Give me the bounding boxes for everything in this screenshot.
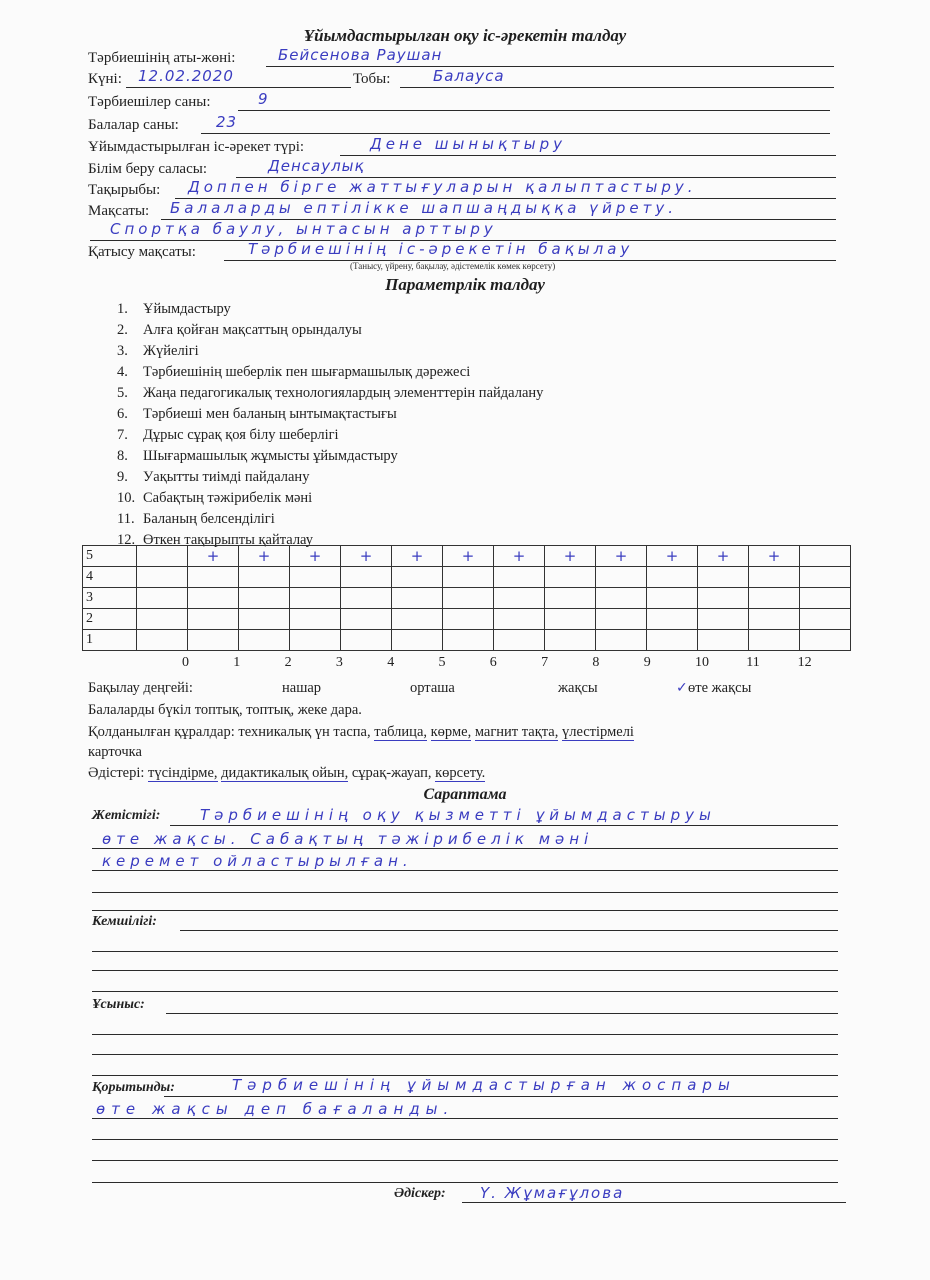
grid-cell[interactable] <box>494 567 545 588</box>
tools-line2: карточка <box>88 744 142 761</box>
grid-cell[interactable] <box>392 609 443 630</box>
grid-row-label: 1 <box>83 630 137 651</box>
grid-cell[interactable] <box>137 567 188 588</box>
x-tick-label: 9 <box>644 655 651 671</box>
parameter-number: 4. <box>117 362 143 383</box>
grid-cell[interactable] <box>800 588 851 609</box>
tools-label: Қолданылған құралдар: <box>88 724 235 740</box>
grid-row: 5++++++++++++ <box>83 546 851 567</box>
grid-cell[interactable] <box>188 567 239 588</box>
control-level-label: Бақылау деңгейі: <box>88 680 193 697</box>
grid-cell[interactable] <box>137 588 188 609</box>
grid-cell[interactable]: + <box>596 546 647 567</box>
grid-cell[interactable]: + <box>749 546 800 567</box>
control-level-option-poor[interactable]: нашар <box>282 680 321 697</box>
shortcomings-line[interactable] <box>180 930 838 931</box>
methods-label: Әдістері: <box>88 765 144 781</box>
grid-cell[interactable] <box>290 630 341 651</box>
parameter-number: 8. <box>117 446 143 467</box>
grid-cell[interactable] <box>239 567 290 588</box>
x-tick-label: 10 <box>695 655 709 671</box>
grid-cell[interactable] <box>647 588 698 609</box>
grid-cell[interactable] <box>239 609 290 630</box>
grid-row-label: 2 <box>83 609 137 630</box>
parameter-item: 3.Жүйелігі <box>117 341 543 362</box>
grid-cell[interactable] <box>188 588 239 609</box>
x-tick-label: 11 <box>746 655 759 671</box>
children-count-label: Балалар саны: <box>88 115 179 135</box>
grid-cell[interactable] <box>443 588 494 609</box>
methodist-label: Әдіскер: <box>394 1186 446 1202</box>
activity-type-label: Ұйымдастырылған іс-әрекет түрі: <box>88 137 304 157</box>
parameter-text: Жаңа педагогикалық технологиялардың элем… <box>143 385 543 401</box>
grid-cell[interactable]: + <box>392 546 443 567</box>
score-mark-icon: + <box>698 546 748 566</box>
parameter-item: 2.Алға қойған мақсаттың орындалуы <box>117 320 543 341</box>
param-heading: Параметрлік талдау <box>0 275 930 295</box>
parameter-number: 3. <box>117 341 143 362</box>
grid-cell[interactable] <box>749 630 800 651</box>
score-mark-icon: + <box>545 546 595 566</box>
activity-type-value[interactable]: Дене шынықтыру <box>370 135 566 153</box>
parameter-number: 6. <box>117 404 143 425</box>
review-heading: Сараптама <box>0 786 930 804</box>
score-mark-icon: + <box>443 546 493 566</box>
children-count-field[interactable]: Балалар саны: 23 <box>88 115 838 135</box>
control-level-option-good[interactable]: жақсы <box>558 680 598 697</box>
parameter-number: 10. <box>117 488 143 509</box>
grid-cell[interactable] <box>494 609 545 630</box>
grid-cell[interactable]: + <box>443 546 494 567</box>
activity-type-field[interactable]: Ұйымдастырылған іс-әрекет түрі: Дене шын… <box>88 137 838 157</box>
goal-field[interactable]: Мақсаты: Балаларды ептілікке шапшаңдыққа… <box>88 201 838 221</box>
score-mark-icon: + <box>188 546 238 566</box>
goal-label: Мақсаты: <box>88 201 149 221</box>
parameter-text: Алға қойған мақсаттың орындалуы <box>143 322 362 338</box>
achievements-line1[interactable]: Тәрбиешінің оқу қызметті ұйымдастыруы <box>200 806 716 824</box>
grid-cell[interactable] <box>443 567 494 588</box>
form-title: Ұйымдастырылған оқу іс-әрекетін талдау <box>0 26 930 46</box>
achievements-label: Жетістігі: <box>92 808 160 824</box>
date-label: Күні: <box>88 69 122 89</box>
parameter-text: Тәрбиеші мен баланың ынтымақтастығы <box>143 406 397 422</box>
grid-cell[interactable] <box>545 567 596 588</box>
parameter-item: 5.Жаңа педагогикалық технологиялардың эл… <box>117 383 543 404</box>
children-organization: Балаларды бүкіл топтық, топтық, жеке дар… <box>88 702 362 719</box>
x-tick-label: 7 <box>541 655 548 671</box>
grid-cell[interactable] <box>443 609 494 630</box>
education-area-label: Білім беру саласы: <box>88 159 207 179</box>
grid-cell[interactable] <box>137 630 188 651</box>
date-value[interactable]: 12.02.2020 <box>138 67 234 85</box>
grid-cell[interactable] <box>647 567 698 588</box>
grid-row-label: 5 <box>83 546 137 567</box>
group-label: Тобы: <box>353 69 390 89</box>
x-tick-label: 8 <box>592 655 599 671</box>
parameter-item: 11.Баланың белсенділігі <box>117 509 543 530</box>
grid-row: 1 <box>83 630 851 651</box>
x-tick-label: 6 <box>490 655 497 671</box>
grid-cell[interactable] <box>545 609 596 630</box>
group-value[interactable]: Балауса <box>433 67 505 85</box>
grid-row-label: 4 <box>83 567 137 588</box>
score-mark-icon: + <box>596 546 646 566</box>
score-mark-icon: + <box>341 546 391 566</box>
children-count-value[interactable]: 23 <box>216 113 237 131</box>
methodist-signature[interactable]: Ү. Жұмағұлова <box>480 1184 624 1202</box>
grid-row: 2 <box>83 609 851 630</box>
grid-cell[interactable] <box>239 630 290 651</box>
grid-cell[interactable] <box>341 567 392 588</box>
tool-item: көрме, <box>431 724 472 741</box>
grid-cell[interactable] <box>137 546 188 567</box>
x-tick-label: 4 <box>387 655 394 671</box>
x-tick-label: 2 <box>285 655 292 671</box>
parameter-item: 10.Сабақтың тәжірибелік мәні <box>117 488 543 509</box>
goal-field-line2[interactable]: Спортқа баулу, ынтасын арттыру <box>88 222 838 242</box>
parameter-number: 5. <box>117 383 143 404</box>
tools-row: Қолданылған құралдар: техникалық үн тасп… <box>88 724 634 741</box>
grid-cell[interactable] <box>188 630 239 651</box>
suggestion-label: Ұсыныс: <box>92 997 145 1013</box>
teacher-name-label: Тәрбиешінің аты-жөні: <box>88 48 235 68</box>
grid-cell[interactable] <box>698 588 749 609</box>
grid-row: 3 <box>83 588 851 609</box>
grid-cell[interactable]: + <box>188 546 239 567</box>
grid-row-label: 3 <box>83 588 137 609</box>
parameter-text: Сабақтың тәжірибелік мәні <box>143 490 312 506</box>
grid-cell[interactable] <box>749 588 800 609</box>
control-level-option-average[interactable]: орташа <box>410 680 455 697</box>
parameter-text: Тәрбиешінің шеберлік пен шығармашылық дә… <box>143 364 470 380</box>
grid-cell[interactable]: + <box>494 546 545 567</box>
grid-cell[interactable]: + <box>290 546 341 567</box>
grid-cell[interactable] <box>596 609 647 630</box>
score-mark-icon: + <box>290 546 340 566</box>
attendance-goal-label: Қатысу мақсаты: <box>88 242 196 262</box>
score-mark-icon: + <box>239 546 289 566</box>
grid-cell[interactable] <box>290 567 341 588</box>
goal-value-line1[interactable]: Балаларды ептілікке шапшаңдыққа үйрету. <box>170 199 677 217</box>
conclusion-line1[interactable]: Тәрбиешінің ұйымдастырған жоспары <box>232 1076 736 1094</box>
conclusion-label: Қорытынды: <box>92 1080 175 1096</box>
parameter-text: Уақытты тиімді пайдалану <box>143 469 309 485</box>
topic-value[interactable]: Доппен бірге жаттығуларын қалыптастыру. <box>188 178 697 196</box>
grid-cell[interactable] <box>800 567 851 588</box>
evaluation-form: Ұйымдастырылған оқу іс-әрекетін талдау Т… <box>0 0 930 1280</box>
attendance-goal-field[interactable]: Қатысу мақсаты: Тәрбиешінің іс-әрекетін … <box>88 242 838 262</box>
shortcomings-label: Кемшілігі: <box>92 914 157 930</box>
parameter-text: Ұйымдастыру <box>143 301 231 317</box>
score-mark-icon: + <box>647 546 697 566</box>
method-item: сұрақ-жауап, <box>352 765 432 781</box>
method-item: көрсету. <box>435 765 485 782</box>
grid-cell[interactable] <box>545 588 596 609</box>
grid-cell[interactable]: + <box>239 546 290 567</box>
grid-cell[interactable] <box>290 588 341 609</box>
grid-cell[interactable]: + <box>545 546 596 567</box>
parameter-text: Баланың белсенділігі <box>143 511 275 527</box>
grid-cell[interactable]: + <box>341 546 392 567</box>
parameter-number: 11. <box>117 509 143 530</box>
topic-field[interactable]: Тақырыбы: Доппен бірге жаттығуларын қалы… <box>88 180 838 200</box>
tool-item: магнит тақта, <box>475 724 559 741</box>
grid-cell[interactable]: + <box>698 546 749 567</box>
teacher-name-field[interactable]: Тәрбиешінің аты-жөні: Бейсенова Раушан <box>88 48 838 68</box>
grid-cell[interactable] <box>392 630 443 651</box>
achievements-line2[interactable]: өте жақсы. Сабақтың тәжірибелік мәні <box>102 830 593 848</box>
x-tick-label: 12 <box>798 655 812 671</box>
grid-cell[interactable] <box>749 609 800 630</box>
parameter-number: 1. <box>117 299 143 320</box>
education-area-value[interactable]: Денсаулық <box>268 157 365 175</box>
control-level-option-excellent[interactable]: өте жақсы <box>688 680 751 697</box>
grid-cell[interactable] <box>545 630 596 651</box>
grid-cell[interactable] <box>494 630 545 651</box>
teacher-name-value[interactable]: Бейсенова Раушан <box>278 46 442 64</box>
date-group-row: Күні: 12.02.2020 Тобы: Балауса <box>88 69 838 89</box>
checkmark-icon: ✓ <box>676 679 689 697</box>
grid-cell[interactable] <box>341 588 392 609</box>
grid-cell[interactable] <box>596 630 647 651</box>
parameter-text: Шығармашылық жұмысты ұйымдастыру <box>143 448 398 464</box>
parameter-item: 7.Дұрыс сұрақ қоя білу шеберлігі <box>117 425 543 446</box>
score-grid: 5++++++++++++4321 <box>82 545 851 651</box>
grid-cell[interactable] <box>443 630 494 651</box>
method-item: дидактикалық ойын, <box>221 765 348 782</box>
grid-cell[interactable] <box>647 609 698 630</box>
x-tick-label: 5 <box>439 655 446 671</box>
grid-cell[interactable] <box>341 609 392 630</box>
conclusion-line2[interactable]: өте жақсы деп бағаланды. <box>96 1100 454 1118</box>
grid-cell[interactable] <box>188 609 239 630</box>
grid-cell[interactable] <box>392 567 443 588</box>
grid-cell[interactable] <box>137 609 188 630</box>
teachers-count-value[interactable]: 9 <box>258 90 269 108</box>
score-mark-icon: + <box>749 546 799 566</box>
grid-cell[interactable] <box>596 567 647 588</box>
grid-cell[interactable] <box>698 630 749 651</box>
teachers-count-label: Тәрбиешілер саны: <box>88 92 211 112</box>
grid-cell[interactable] <box>341 630 392 651</box>
tool-item: таблица, <box>374 724 427 741</box>
attendance-goal-value[interactable]: Тәрбиешінің іс-әрекетін бақылау <box>248 240 633 258</box>
score-mark-icon: + <box>494 546 544 566</box>
score-mark-icon: + <box>392 546 442 566</box>
parameter-item: 1.Ұйымдастыру <box>117 299 543 320</box>
parameter-text: Жүйелігі <box>143 343 199 359</box>
teachers-count-field[interactable]: Тәрбиешілер саны: 9 <box>88 92 838 112</box>
parameter-number: 9. <box>117 467 143 488</box>
achievements-line3[interactable]: керемет ойластырылған. <box>102 852 413 870</box>
parameter-item: 6.Тәрбиеші мен баланың ынтымақтастығы <box>117 404 543 425</box>
parameter-number: 7. <box>117 425 143 446</box>
methods-row: Әдістері: түсіндірме, дидактикалық ойын,… <box>88 765 485 782</box>
grid-cell[interactable] <box>494 588 545 609</box>
grid-cell[interactable]: + <box>647 546 698 567</box>
x-tick-label: 3 <box>336 655 343 671</box>
x-tick-label: 0 <box>182 655 189 671</box>
education-area-field[interactable]: Білім беру саласы: Денсаулық <box>88 159 838 179</box>
grid-cell[interactable] <box>800 546 851 567</box>
parameter-text: Дұрыс сұрақ қоя білу шеберлігі <box>143 427 339 443</box>
grid-cell[interactable] <box>647 630 698 651</box>
grid-cell[interactable] <box>392 588 443 609</box>
parameter-item: 8.Шығармашылық жұмысты ұйымдастыру <box>117 446 543 467</box>
method-item: түсіндірме, <box>148 765 217 782</box>
tool-item: үлестірмелі <box>562 724 634 741</box>
parameter-list: 1.Ұйымдастыру2.Алға қойған мақсаттың оры… <box>117 299 543 551</box>
grid-cell[interactable] <box>596 588 647 609</box>
parameter-item: 9.Уақытты тиімді пайдалану <box>117 467 543 488</box>
grid-row: 4 <box>83 567 851 588</box>
parameter-number: 2. <box>117 320 143 341</box>
x-tick-label: 1 <box>233 655 240 671</box>
attendance-goal-note: (Танысу, үйрену, бақылау, әдістемелік кө… <box>350 261 555 271</box>
tool-item: техникалық үн таспа, <box>238 724 370 740</box>
grid-cell[interactable] <box>239 588 290 609</box>
grid-cell[interactable] <box>800 609 851 630</box>
grid-cell[interactable] <box>290 609 341 630</box>
grid-cell[interactable] <box>749 567 800 588</box>
topic-label: Тақырыбы: <box>88 180 160 200</box>
grid-cell[interactable] <box>800 630 851 651</box>
grid-cell[interactable] <box>698 567 749 588</box>
suggestion-line[interactable] <box>166 1013 838 1014</box>
goal-value-line2[interactable]: Спортқа баулу, ынтасын арттыру <box>110 220 497 238</box>
parameter-item: 4.Тәрбиешінің шеберлік пен шығармашылық … <box>117 362 543 383</box>
grid-cell[interactable] <box>698 609 749 630</box>
